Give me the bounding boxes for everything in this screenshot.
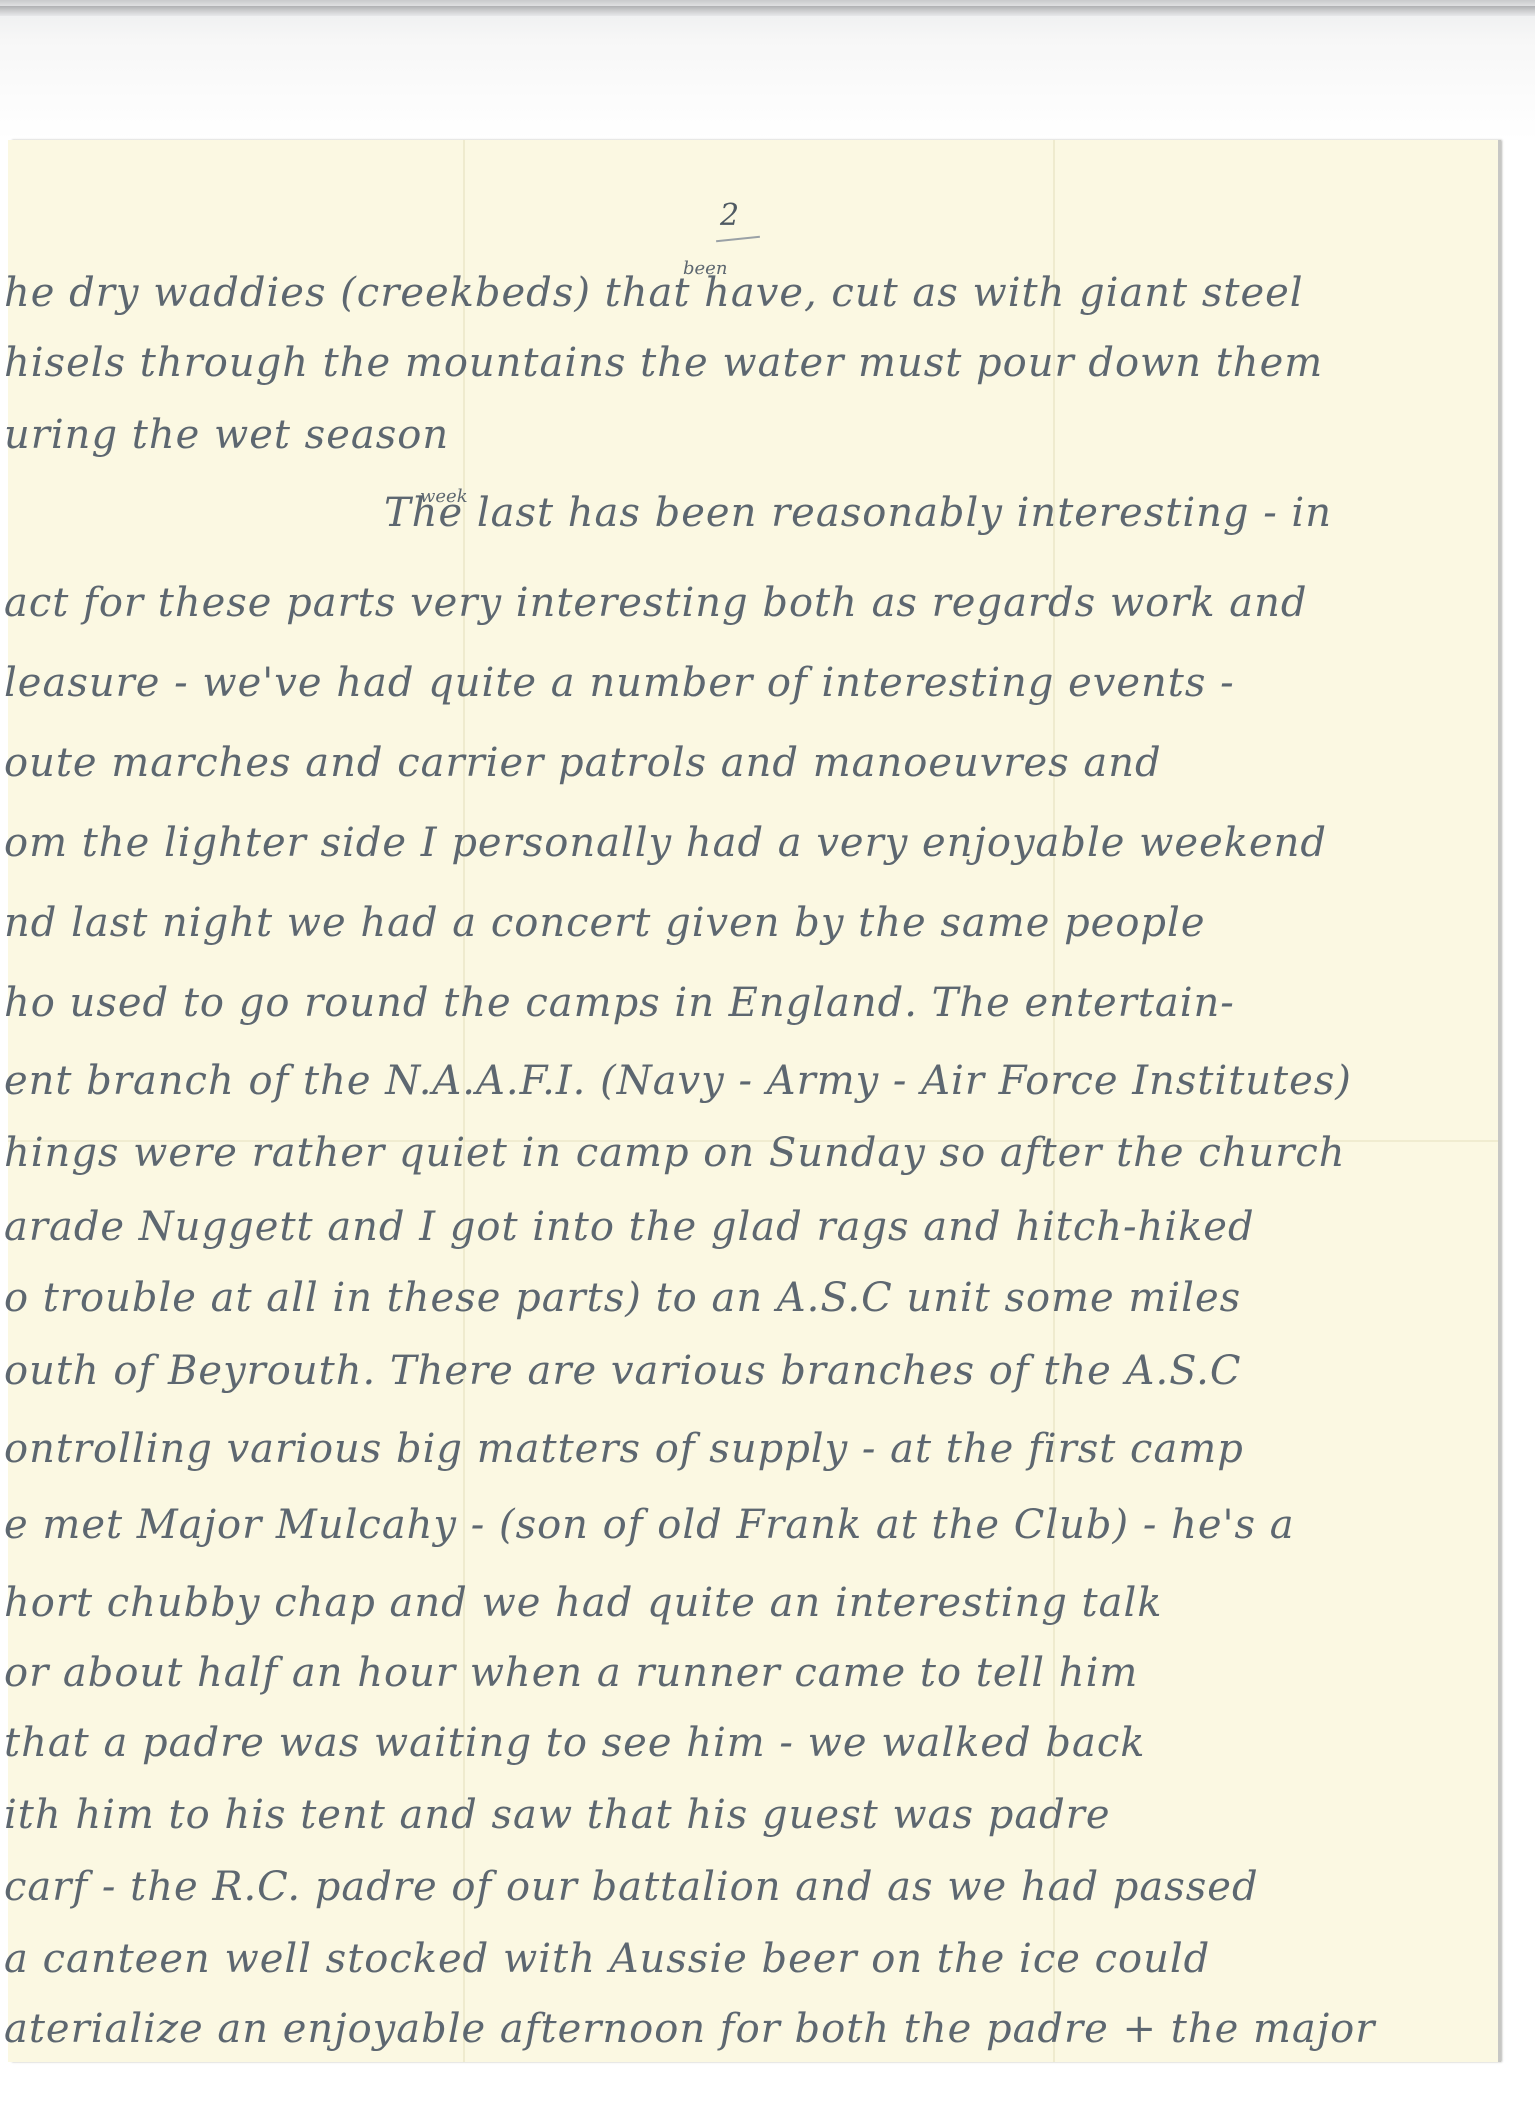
letter-line-17: e met Major Mulcahy - (son of old Frank … (4, 1502, 1295, 1548)
letter-line-8: om the lighter side I personally had a v… (4, 820, 1327, 866)
page-number-underline (716, 236, 760, 243)
letter-line-14: o trouble at all in these parts) to an A… (4, 1275, 1241, 1321)
letter-line-5: act for these parts very interesting bot… (4, 580, 1308, 626)
letter-line-22: carf - the R.C. padre of our battalion a… (4, 1864, 1259, 1910)
letter-line-4: The last has been reasonably interesting… (384, 490, 1332, 536)
letter-line-18: hort chubby chap and we had quite an int… (4, 1580, 1163, 1626)
letter-line-2: hisels through the mountains the water m… (4, 340, 1323, 386)
letter-line-13: arade Nuggett and I got into the glad ra… (4, 1204, 1255, 1250)
letter-line-16: ontrolling various big matters of supply… (4, 1426, 1244, 1472)
scanner-edge-shadow (0, 6, 1535, 16)
letter-line-10: ho used to go round the camps in England… (4, 980, 1235, 1026)
page-number: 2 (720, 198, 739, 233)
letter-line-12: hings were rather quiet in camp on Sunda… (4, 1130, 1346, 1176)
letter-page: 2 been week he dry waddies (creekbeds) t… (8, 140, 1498, 2062)
letter-line-24: aterialize an enjoyable afternoon for bo… (4, 2006, 1375, 2052)
letter-line-3: uring the wet season (4, 412, 449, 458)
letter-line-21: ith him to his tent and saw that his gue… (4, 1792, 1111, 1838)
letter-line-7: oute marches and carrier patrols and man… (4, 740, 1162, 786)
letter-line-19: or about half an hour when a runner came… (4, 1650, 1138, 1696)
letter-line-23: a canteen well stocked with Aussie beer … (4, 1936, 1210, 1982)
letter-line-9: nd last night we had a concert given by … (4, 900, 1206, 946)
letter-line-1: he dry waddies (creekbeds) that have, cu… (4, 270, 1304, 316)
letter-line-15: outh of Beyrouth. There are various bran… (4, 1348, 1241, 1394)
letter-line-20: that a padre was waiting to see him - we… (4, 1720, 1145, 1766)
letter-line-11: ent branch of the N.A.A.F.I. (Navy - Arm… (4, 1058, 1352, 1104)
letter-line-6: leasure - we've had quite a number of in… (4, 660, 1235, 706)
